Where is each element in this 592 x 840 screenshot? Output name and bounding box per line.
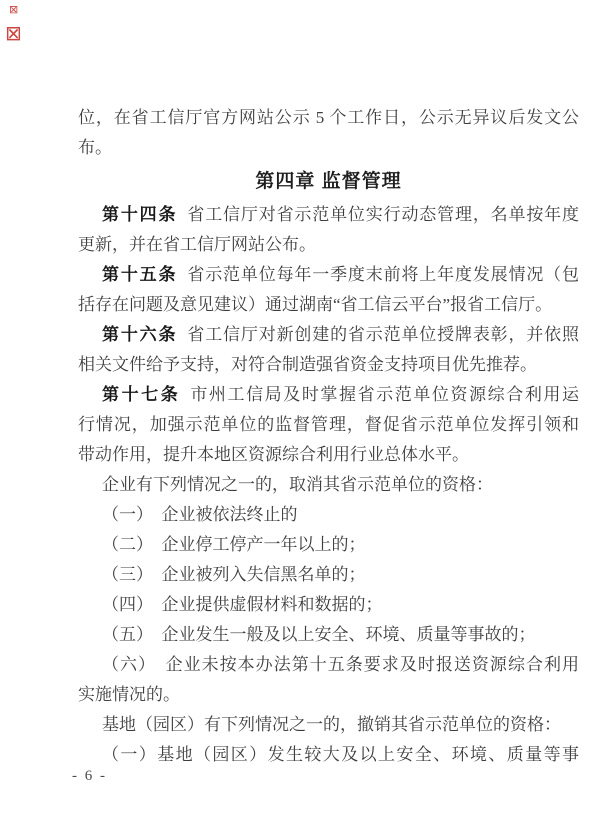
document-line: 第十六条省工信厅对新创建的省示范单位授牌表彰，并依照	[78, 320, 579, 350]
document-line: 相关文件给予支持，对符合制造强省资金支持项目优先推荐。	[78, 350, 579, 380]
document-line: 行情况，加强示范单位的监督管理，督促省示范单位发挥引领和	[78, 410, 579, 440]
document-line: 位，在省工信厅官方网站公示 5 个工作日，公示无异议后发文公	[78, 103, 579, 133]
article-number: 第十四条	[102, 205, 177, 224]
document-line: （二） 企业停工停产一年以上的；	[78, 530, 579, 560]
document-body: 位，在省工信厅官方网站公示 5 个工作日，公示无异议后发文公布。第四章 监督管理…	[78, 103, 579, 770]
red-artifact-mark-lower: ⊠	[5, 23, 22, 43]
document-line: （一） 企业被依法终止的	[78, 500, 579, 530]
document-line: （六） 企业未按本办法第十五条要求及时报送资源综合利用	[78, 650, 579, 680]
document-page: ⊠ ⊠ 位，在省工信厅官方网站公示 5 个工作日，公示无异议后发文公布。第四章 …	[0, 0, 592, 840]
document-line: （四） 企业提供虚假材料和数据的；	[78, 590, 579, 620]
document-line: 布。	[78, 133, 579, 163]
article-number: 第十六条	[102, 325, 177, 344]
document-line: （三） 企业被列入失信黑名单的；	[78, 560, 579, 590]
document-line: 企业有下列情况之一的，取消其省示范单位的资格：	[78, 470, 579, 500]
page-number: - 6 -	[72, 768, 107, 785]
chapter-heading: 第四章 监督管理	[78, 163, 579, 200]
document-line: 更新，并在省工信厅网站公布。	[78, 230, 579, 260]
document-line: 带动作用，提升本地区资源综合利用行业总体水平。	[78, 440, 579, 470]
document-line: 基地（园区）有下列情况之一的，撤销其省示范单位的资格：	[78, 710, 579, 740]
article-number: 第十七条	[102, 385, 180, 404]
red-artifact-mark-upper: ⊠	[9, 4, 18, 15]
document-line: （五） 企业发生一般及以上安全、环境、质量等事故的；	[78, 620, 579, 650]
document-line: 括存在问题及意见建议）通过湖南“省工信云平台”报省工信厅。	[78, 290, 579, 320]
document-line: 实施情况的。	[78, 680, 579, 710]
document-line: 第十四条省工信厅对省示范单位实行动态管理，名单按年度	[78, 200, 579, 230]
article-number: 第十五条	[102, 265, 177, 284]
document-line: 第十七条市州工信局及时掌握省示范单位资源综合利用运	[78, 380, 579, 410]
document-line: （一）基地（园区）发生较大及以上安全、环境、质量等事	[78, 740, 579, 770]
document-line: 第十五条省示范单位每年一季度末前将上年度发展情况（包	[78, 260, 579, 290]
